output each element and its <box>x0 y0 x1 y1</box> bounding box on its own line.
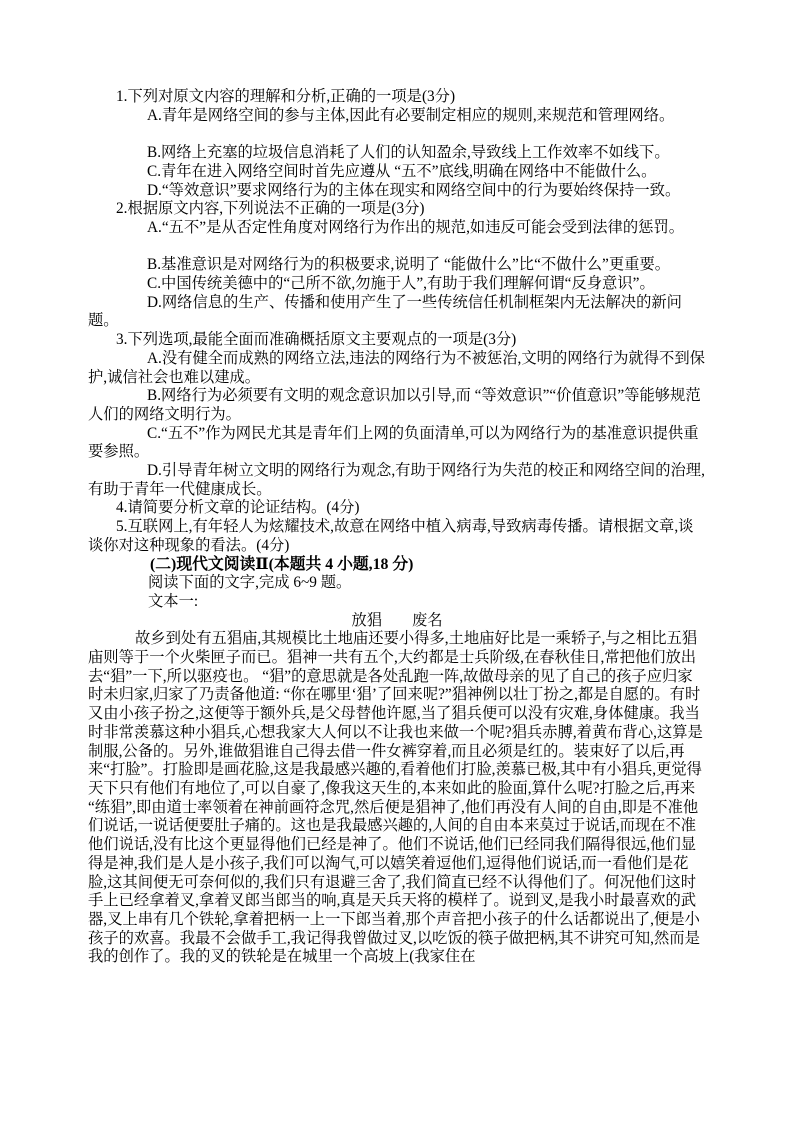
question-5-stem: 5.互联网上,有年轻人为炫耀技术,故意在网络中植入病毒,导致病毒传播。请根据文章… <box>88 518 706 555</box>
question-3-option-c: C.“五不”作为网民尤其是青年们上网的负面清单,可以为网络行为的基准意识提供重要… <box>88 425 706 462</box>
question-1-option-c: C.青年在进入网络空间时首先应遵从 “五不”底线,明确在网络中不能做什么。 <box>88 163 706 182</box>
section-2-heading: (二)现代文阅读Ⅱ(本题共 4 小题,18 分) <box>88 556 706 575</box>
question-1-option-d: D.“等效意识”要求网络行为的主体在现实和网络空间中的行为要始终保持一致。 <box>88 182 706 201</box>
question-1-option-b: B.网络上充塞的垃圾信息消耗了人们的认知盈余,导致线上工作效率不如线下。 <box>88 144 706 163</box>
question-3-option-a: A.没有健全而成熟的网络立法,违法的网络行为不被惩治,文明的网络行为就得不到保护… <box>88 350 706 387</box>
question-2-option-c: C.中国传统美德中的“己所不欲,勿施于人”,有助于我们理解何谓“反身意识”。 <box>88 275 706 294</box>
passage-author: 废名 <box>412 612 443 629</box>
question-2-stem: 2.根据原文内容,下列说法不正确的一项是(3分) <box>88 200 706 219</box>
text-one-label: 文本一: <box>88 593 706 612</box>
reading-instruction: 阅读下面的文字,完成 6~9 题。 <box>88 574 706 593</box>
exam-document-page: 1.下列对原文内容的理解和分析,正确的一项是(3分) A.青年是网络空间的参与主… <box>0 0 794 1123</box>
question-2-option-b: B.基准意识是对网络行为的积极要求,说明了 “能做什么”比“不做什么”更重要。 <box>88 256 706 275</box>
question-1-option-a: A.青年是网络空间的参与主体,因此有必要制定相应的规则,来规范和管理网络。 <box>88 107 706 126</box>
question-3-stem: 3.下列选项,最能全面而准确概括原文主要观点的一项是(3分) <box>88 331 706 350</box>
question-2-option-d: D.网络信息的生产、传播和使用产生了一些传统信任机制框架内无法解决的新问题。 <box>88 294 706 331</box>
question-3-option-d: D.引导青年树立文明的网络行为观念,有助于网络行为失范的校正和网络空间的治理,有… <box>88 462 706 499</box>
passage-title-line: 放猖废名 <box>88 612 706 631</box>
question-4-stem: 4.请简要分析文章的论证结构。(4分) <box>88 499 706 518</box>
passage-body: 故乡到处有五猖庙,其规模比土地庙还要小得多,土地庙好比是一乘轿子,与之相比五猖庙… <box>88 630 706 967</box>
question-3-option-b: B.网络行为必须要有文明的观念意识加以引导,而 “等效意识”“价值意识”等能够规… <box>88 387 706 424</box>
question-1-stem: 1.下列对原文内容的理解和分析,正确的一项是(3分) <box>88 88 706 107</box>
question-2-option-a: A.“五不”是从否定性角度对网络行为作出的规范,如违反可能会受到法律的惩罚。 <box>88 219 706 238</box>
passage-title: 放猖 <box>351 612 382 629</box>
document-text-column: 1.下列对原文内容的理解和分析,正确的一项是(3分) A.青年是网络空间的参与主… <box>88 88 706 967</box>
